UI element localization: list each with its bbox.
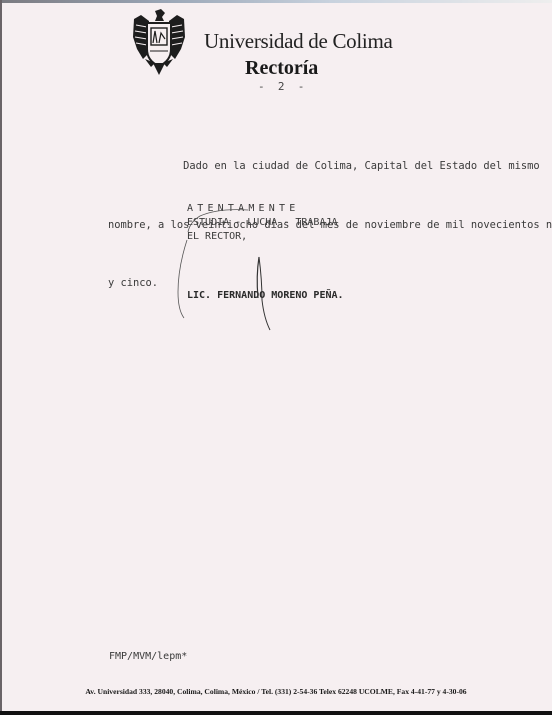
- signer-role: EL RECTOR,: [187, 230, 338, 244]
- closing-salutation: ATENTAMENTE: [187, 202, 338, 216]
- signer-name: LIC. FERNANDO MORENO PEÑA.: [187, 290, 344, 301]
- university-coat-of-arms-eagle-icon: [131, 9, 187, 75]
- department-title: Rectoría: [245, 57, 318, 80]
- reference-initials: FMP/MVM/lepm*: [109, 651, 187, 662]
- handwritten-signature-icon: [0, 0, 552, 715]
- closing-motto: ESTUDIA - LUCHA - TRABAJA: [187, 216, 338, 230]
- body-line: Dado en la ciudad de Colima, Capital del…: [108, 157, 548, 177]
- page-number: - 2 -: [258, 80, 304, 93]
- scan-bottom-edge: [0, 711, 552, 715]
- scan-top-edge: [0, 0, 552, 3]
- closing-block: ATENTAMENTE ESTUDIA - LUCHA - TRABAJA EL…: [187, 202, 338, 244]
- university-name: Universidad de Colima: [204, 29, 393, 54]
- scan-left-edge: [0, 0, 2, 715]
- footer-address: Av. Universidad 333, 28040, Colima, Coli…: [0, 687, 552, 696]
